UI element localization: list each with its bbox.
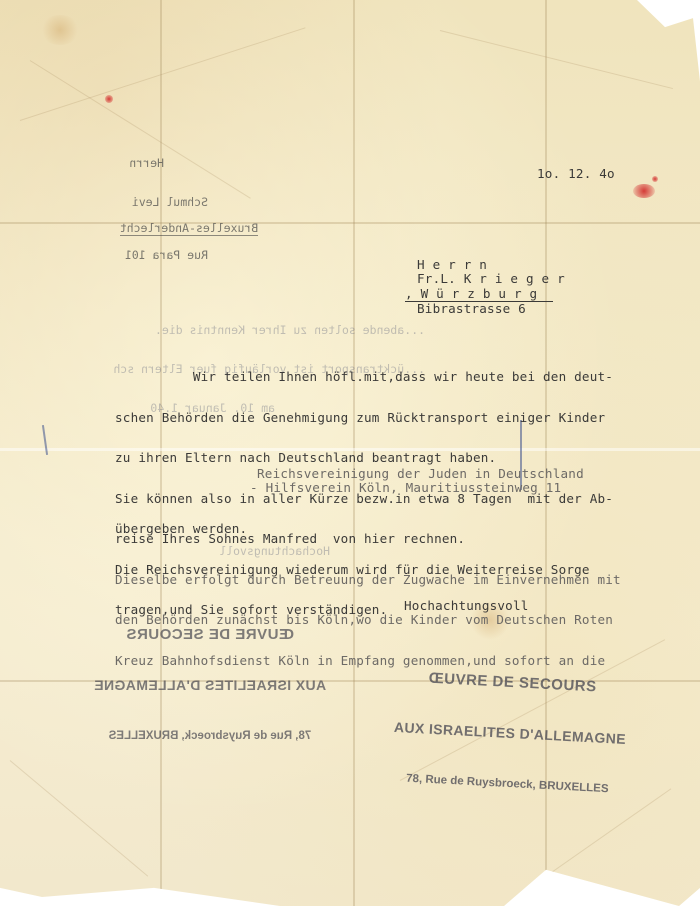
stamp-line: ŒUVRE DE SECOURS bbox=[387, 668, 638, 698]
bleed-through-line: Herrn bbox=[86, 157, 286, 170]
recipient-name: Fr.L. K r i e g e r bbox=[417, 272, 565, 286]
bleed-through-address: Herrn Schmul Levi Bruxelles-Anderlecht R… bbox=[86, 131, 286, 288]
organization-name: Reichsvereinigung der Juden in Deutschla… bbox=[257, 467, 584, 481]
recipient-street: Bibrastrasse 6 bbox=[417, 302, 526, 316]
stamp-line: AUX ISRAELITES D'ALLEMAGNE bbox=[80, 677, 340, 694]
stamp-line: 78, Rue de Ruysbroeck, BRUXELLES bbox=[382, 769, 633, 799]
bleed-through-stamp: ŒUVRE DE SECOURS AUX ISRAELITES D'ALLEMA… bbox=[80, 592, 340, 779]
body-line: schen Behörden die Genehmigung zum Rückt… bbox=[115, 411, 621, 425]
recipient-city: , W ü r z b u r g bbox=[405, 287, 553, 302]
stamp-line: 78, Rue de Ruysbroeck, BRUXELLES bbox=[80, 728, 340, 745]
closing-line: übergeben werden. bbox=[115, 522, 590, 536]
red-stain bbox=[105, 95, 113, 103]
organization-stamp: ŒUVRE DE SECOURS AUX ISRAELITES D'ALLEMA… bbox=[380, 634, 639, 834]
letter-paper: Herrn Schmul Levi Bruxelles-Anderlecht R… bbox=[0, 0, 700, 906]
closing-line: Die Reichsvereinigung wiederum wird für … bbox=[115, 563, 590, 577]
red-stain bbox=[633, 184, 655, 198]
red-stain bbox=[652, 176, 658, 182]
water-stain bbox=[40, 15, 80, 45]
stamp-line: AUX ISRAELITES D'ALLEMAGNE bbox=[385, 718, 636, 748]
stamp-line: ŒUVRE DE SECOURS bbox=[80, 626, 340, 643]
letter-date: 1o. 12. 4o bbox=[537, 167, 615, 181]
bleed-through-line: ...abende solten zu Ihrer Kenntnis die. bbox=[95, 324, 425, 337]
body-line: Wir teilen Ihnen höfl.mit,dass wir heute… bbox=[115, 370, 621, 384]
organization-address: - Hilfsverein Köln, Mauritiussteinweg 11 bbox=[250, 481, 561, 495]
valediction: Hochachtungsvoll bbox=[404, 599, 529, 613]
bleed-through-line: Bruxelles-Anderlecht bbox=[120, 222, 258, 236]
bleed-through-line: Schmul Levi bbox=[86, 196, 286, 209]
recipient-salutation: H e r r n bbox=[417, 258, 487, 272]
crease bbox=[440, 30, 673, 89]
bleed-through-line: Rue Para 101 bbox=[86, 249, 286, 262]
body-line: zu ihren Eltern nach Deutschland beantra… bbox=[115, 451, 621, 465]
